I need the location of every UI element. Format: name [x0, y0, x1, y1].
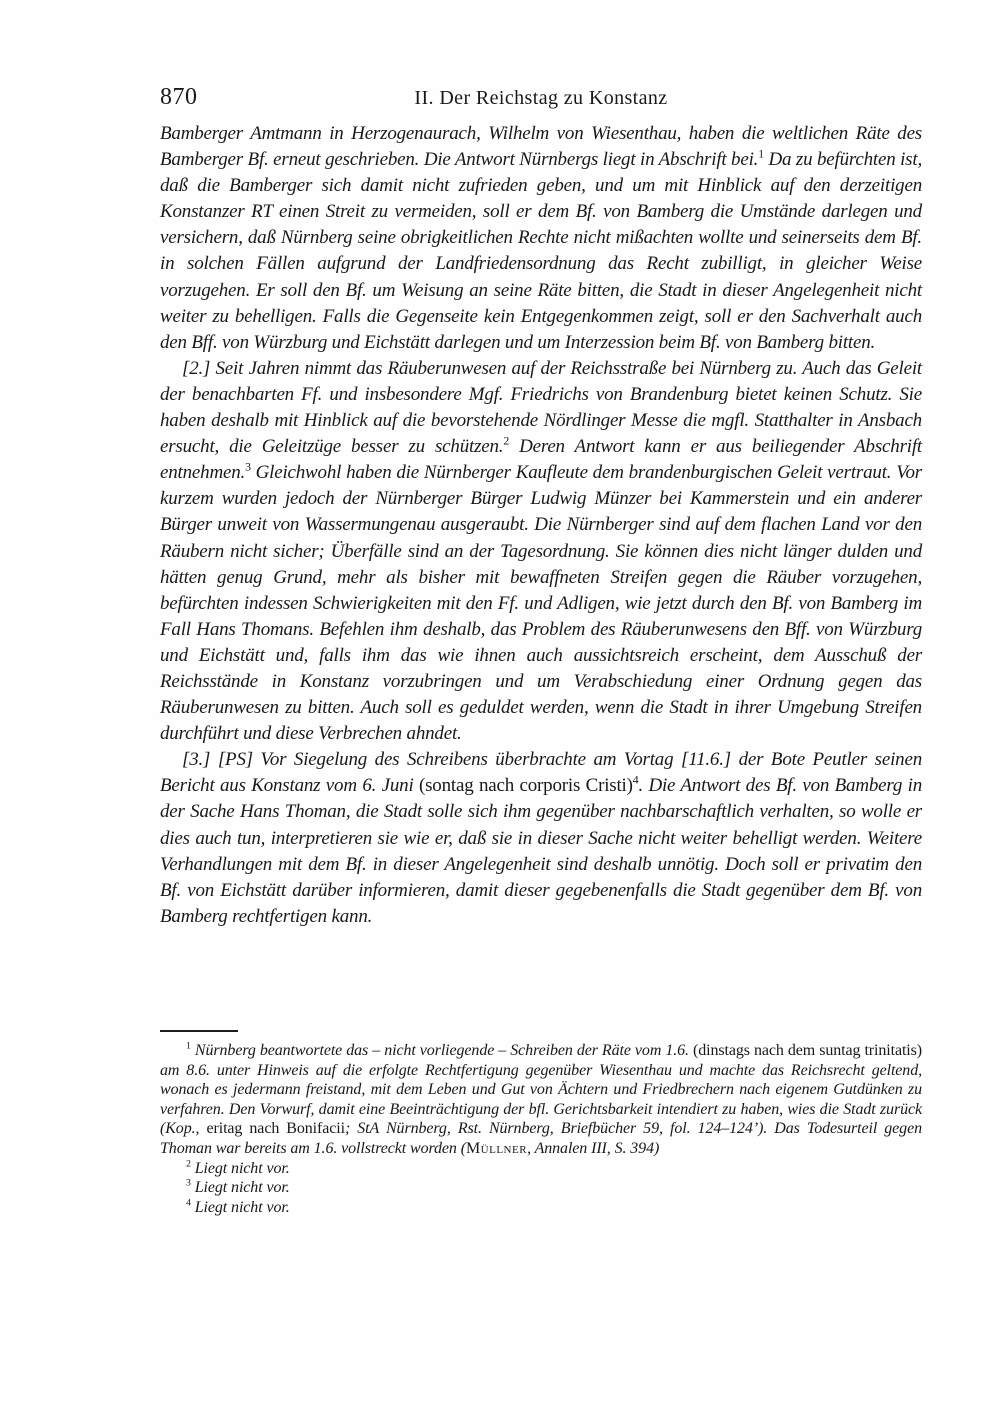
- text-run: Gleichwohl haben die Nürnberger Kaufleut…: [160, 462, 922, 744]
- footnote-2: 2 Liegt nicht vor.: [160, 1159, 922, 1179]
- footnote-1: 1 Nürnberg beantwortete das – nicht vorl…: [160, 1041, 922, 1159]
- text-run: (dinstags nach dem suntag trinitatis): [693, 1042, 922, 1059]
- text-run: Nürnberg beantwortete das – nicht vorlie…: [191, 1042, 693, 1059]
- body-paragraph-2: [2.] Seit Jahren nimmt das Räuberunwesen…: [160, 356, 922, 747]
- page-header: 870 II. Der Reichstag zu Konstanz: [160, 84, 922, 114]
- text-run: Da zu befürchten ist, daß die Bamberger …: [160, 149, 922, 353]
- text-run: eritag nach Bonifacii: [207, 1120, 345, 1137]
- body-paragraph-3: [3.] [PS] Vor Siegelung des Schreibens ü…: [160, 747, 922, 930]
- book-page: 870 II. Der Reichstag zu Konstanz Bamber…: [0, 0, 1004, 1418]
- text-run: Liegt nicht vor.: [191, 1179, 290, 1196]
- footnote-section: 1 Nürnberg beantwortete das – nicht vorl…: [160, 1030, 922, 1217]
- text-run: Müllner: [466, 1140, 527, 1157]
- text-run: . Die Antwort des Bf. von Bamberg in der…: [160, 775, 922, 926]
- page-body: Bamberger Amtmann in Herzogenaurach, Wil…: [160, 121, 922, 930]
- text-run: (sontag nach corporis Cristi): [419, 775, 633, 796]
- page-number: 870: [160, 84, 198, 111]
- text-run: Liegt nicht vor.: [191, 1160, 290, 1177]
- running-head: II. Der Reichstag zu Konstanz: [160, 84, 922, 110]
- footnote-4: 4 Liegt nicht vor.: [160, 1198, 922, 1218]
- body-paragraph-1: Bamberger Amtmann in Herzogenaurach, Wil…: [160, 121, 922, 356]
- footnote-divider: [160, 1030, 238, 1032]
- text-run: Liegt nicht vor.: [191, 1199, 290, 1216]
- footnote-3: 3 Liegt nicht vor.: [160, 1178, 922, 1198]
- text-run: , Annalen III, S. 394): [527, 1140, 659, 1157]
